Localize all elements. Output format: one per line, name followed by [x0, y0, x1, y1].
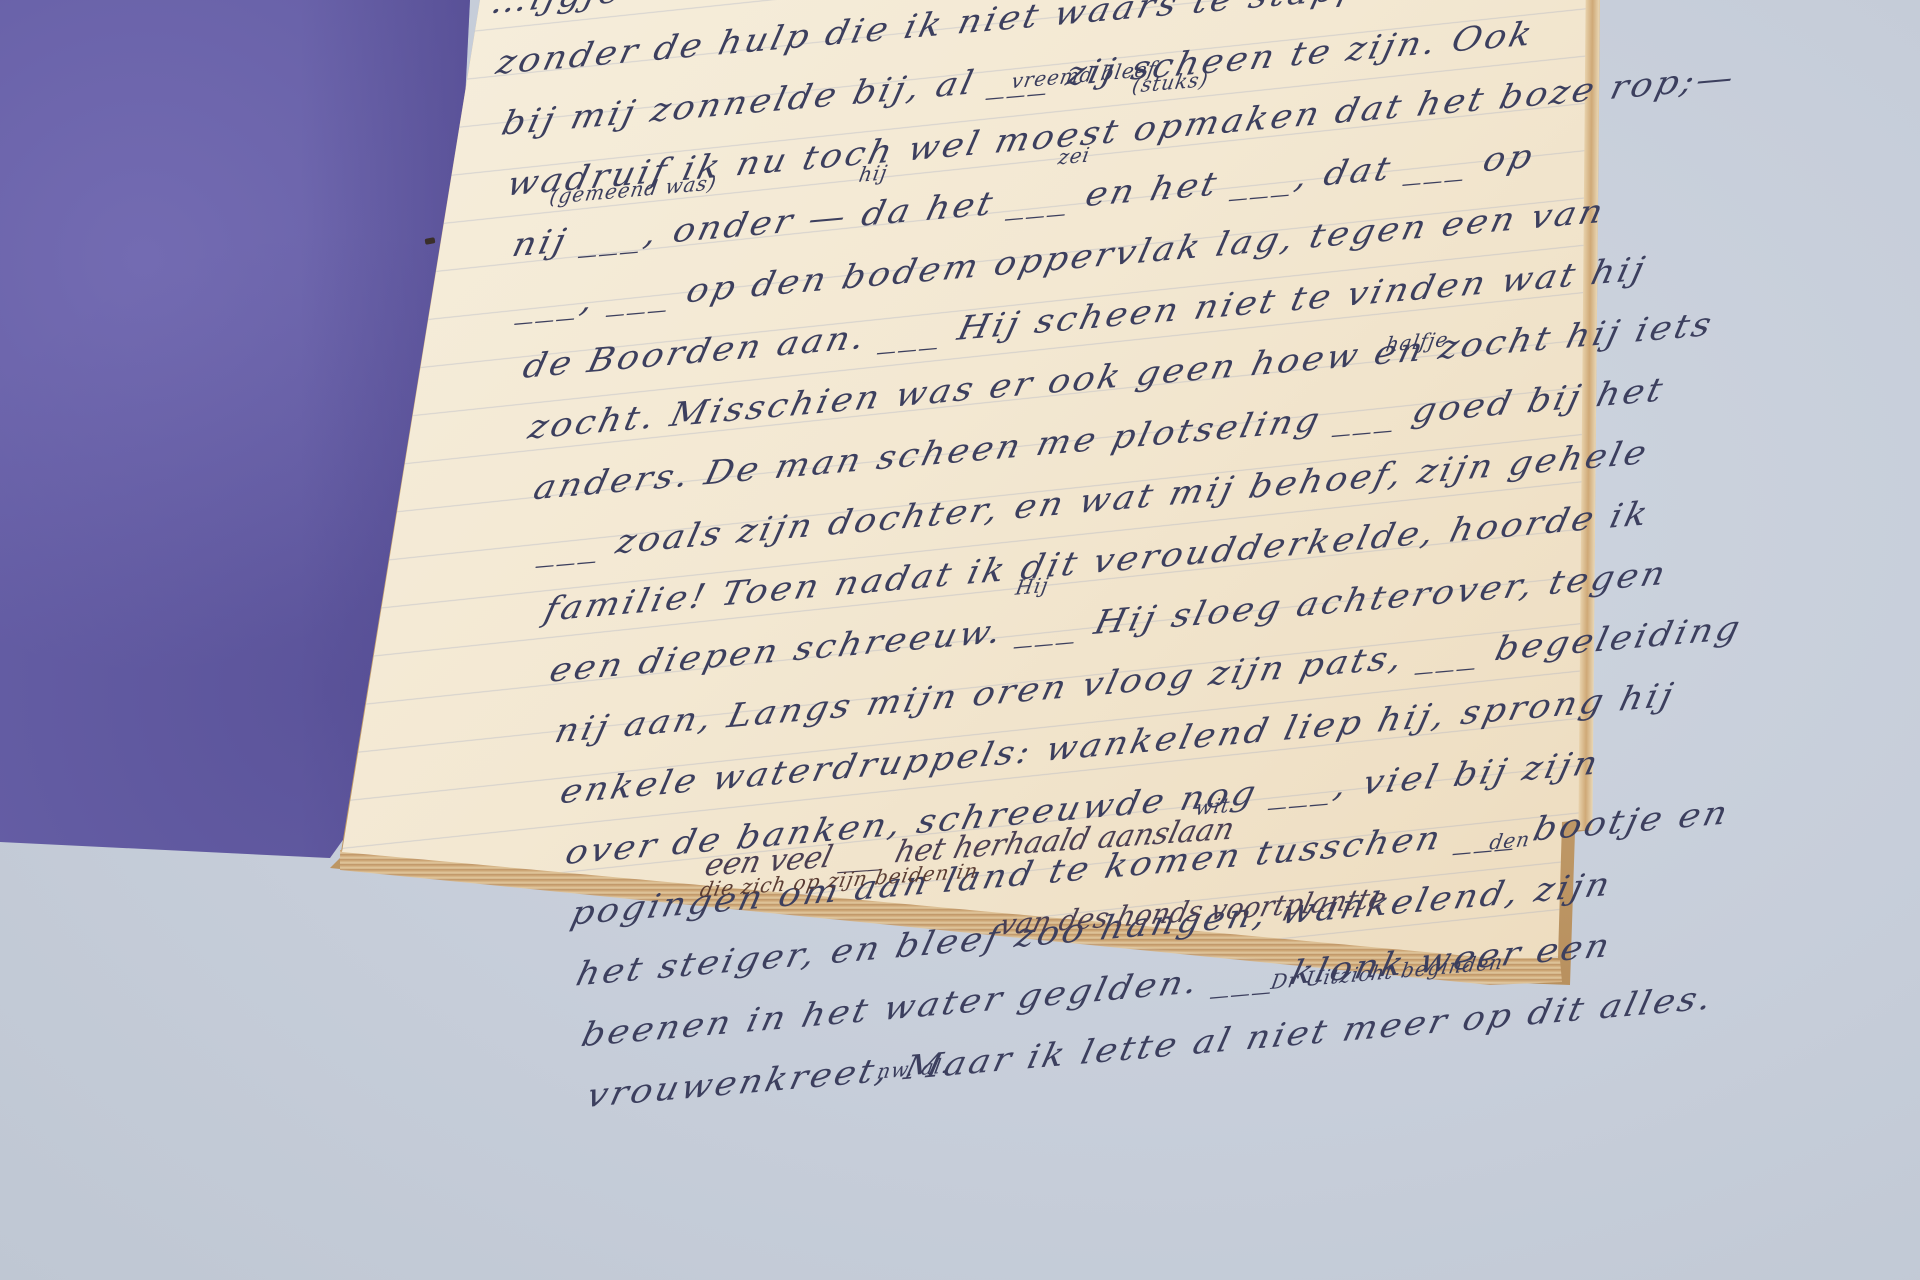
interlinear-insertion: zei: [1056, 142, 1092, 169]
interlinear-insertion: den: [1488, 827, 1533, 855]
handwritten-text: …ijgje van Eijen, om dan maar vaak ijn g…: [480, 0, 1697, 1125]
interlinear-insertion: Hij: [1014, 573, 1051, 600]
interlinear-insertion: hij: [857, 160, 890, 187]
photograph-scene: …ijgje van Eijen, om dan maar vaak ijn g…: [0, 0, 1920, 1280]
